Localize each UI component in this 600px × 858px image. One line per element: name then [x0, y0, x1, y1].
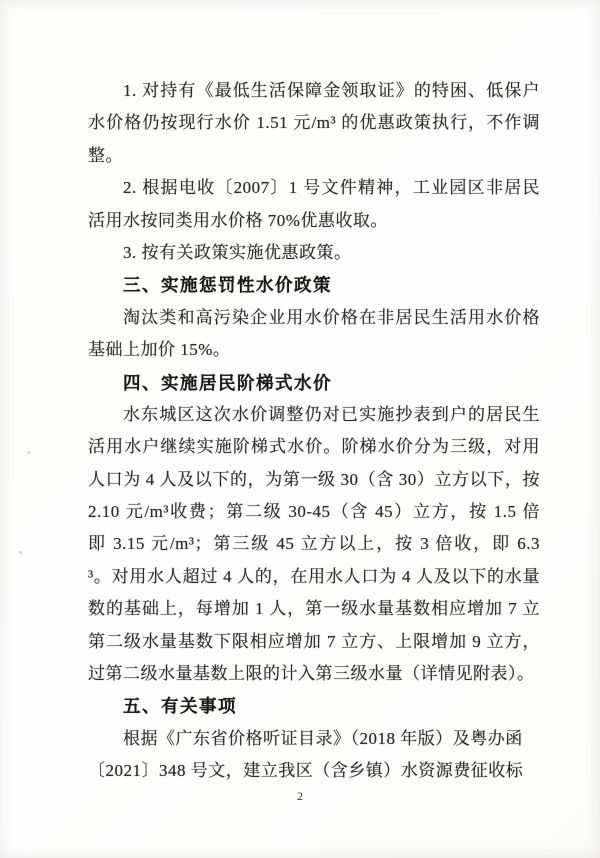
- text-line: 根据《广东省价格听证目录》（2018 年版）及粤办函: [88, 723, 540, 755]
- scan-speck: [27, 451, 31, 454]
- section-heading: 三、实施惩罚性水价政策: [88, 269, 540, 301]
- text-line: 2.10 元/m³收费；第二级 30-45（含 45）立方，按 1.5 倍收，: [88, 496, 540, 528]
- text-line: 水东城区这次水价调整仍对已实施抄表到户的居民生: [88, 399, 540, 431]
- text-line: 人口为 4 人及以下的，为第一级 30（含 30）立方以下，按: [88, 464, 540, 496]
- text-line: 水价格仍按现行水价 1.51 元/m³ 的优惠政策执行，不作调: [88, 107, 540, 139]
- scan-speck: [19, 551, 22, 554]
- text-line: 即 3.15 元/m³；第三级 45 立方以上，按 3 倍收，即 6.3 元/m: [88, 528, 540, 560]
- document-body: 1. 对持有《最低生活保障金领取证》的特困、低保户用 水价格仍按现行水价 1.5…: [88, 75, 540, 788]
- text-line: 1. 对持有《最低生活保障金领取证》的特困、低保户用: [88, 75, 540, 107]
- section-heading: 五、有关事项: [88, 690, 540, 722]
- text-line: 过第二级水量基数上限的计入第三级水量（详情见附表）。: [88, 658, 540, 690]
- section-heading: 四、实施居民阶梯式水价: [88, 367, 540, 399]
- text-line: 3. 按有关政策实施优惠政策。: [88, 237, 540, 269]
- text-line: 基础上加价 15%。: [88, 334, 540, 366]
- text-line: 淘汰类和高污染企业用水价格在非居民生活用水价格: [88, 302, 540, 334]
- text-line: 第二级水量基数下限相应增加 7 立方、上限增加 9 立方，超: [88, 626, 540, 658]
- text-line: 〔2021〕348 号文，建立我区（含乡镇）水资源费征收标准: [88, 755, 540, 787]
- text-line: 2. 根据电收〔2007〕1 号文件精神，工业园区非居民生: [88, 172, 540, 204]
- page-number: 2: [0, 789, 600, 804]
- text-line: 活用水按同类用水价格 70%优惠收取。: [88, 205, 540, 237]
- text-line: ³。对用水人超过 4 人的，在用水人口为 4 人及以下的水量基: [88, 561, 540, 593]
- document-page: 1. 对持有《最低生活保障金领取证》的特困、低保户用 水价格仍按现行水价 1.5…: [0, 0, 600, 858]
- text-line: 活用水户继续实施阶梯式水价。阶梯水价分为三级，对用水: [88, 431, 540, 463]
- text-line: 数的基础上，每增加 1 人，第一级水量基数相应增加 7 立方，: [88, 593, 540, 625]
- text-line: 整。: [88, 140, 540, 172]
